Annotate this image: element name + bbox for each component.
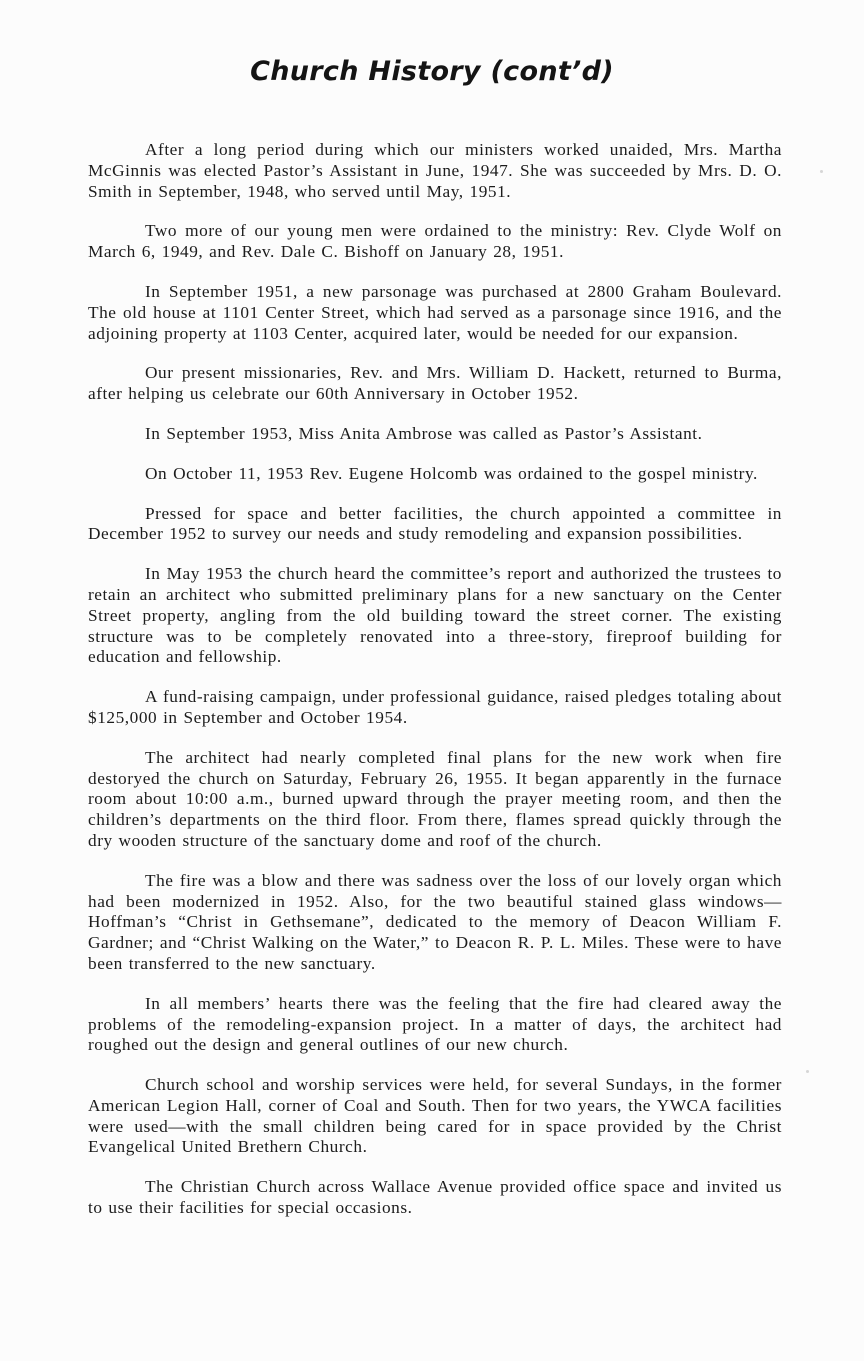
paragraph-anita-ambrose: In September 1953, Miss Anita Ambrose wa… — [88, 424, 782, 445]
scan-speck — [820, 170, 823, 173]
paragraph-ordinations: Two more of our young men were ordained … — [88, 221, 782, 263]
paragraph-fire-loss: The fire was a blow and there was sadnes… — [88, 871, 782, 975]
paragraph-fire: The architect had nearly completed final… — [88, 748, 782, 852]
paragraph-committee: Pressed for space and better facilities,… — [88, 504, 782, 546]
paragraph-missionaries: Our present missionaries, Rev. and Mrs. … — [88, 363, 782, 405]
paragraph-members-hearts: In all members’ hearts there was the fee… — [88, 994, 782, 1056]
page-title: Church History (cont’d) — [0, 56, 864, 87]
paragraph-temporary-services: Church school and worship services were … — [88, 1075, 782, 1158]
paragraph-pastors-assistant: After a long period during which our min… — [88, 140, 782, 202]
paragraph-eugene-holcomb: On October 11, 1953 Rev. Eugene Holcomb … — [88, 464, 782, 485]
paragraph-christian-church: The Christian Church across Wallace Aven… — [88, 1177, 782, 1219]
paragraph-architect-plans: In May 1953 the church heard the committ… — [88, 564, 782, 668]
document-page: Church History (cont’d) After a long per… — [0, 0, 864, 1361]
paragraph-fund-raising: A fund-raising campaign, under professio… — [88, 687, 782, 729]
scan-speck — [806, 1070, 809, 1073]
paragraph-parsonage: In September 1951, a new parsonage was p… — [88, 282, 782, 344]
body-text: After a long period during which our min… — [88, 140, 782, 1238]
